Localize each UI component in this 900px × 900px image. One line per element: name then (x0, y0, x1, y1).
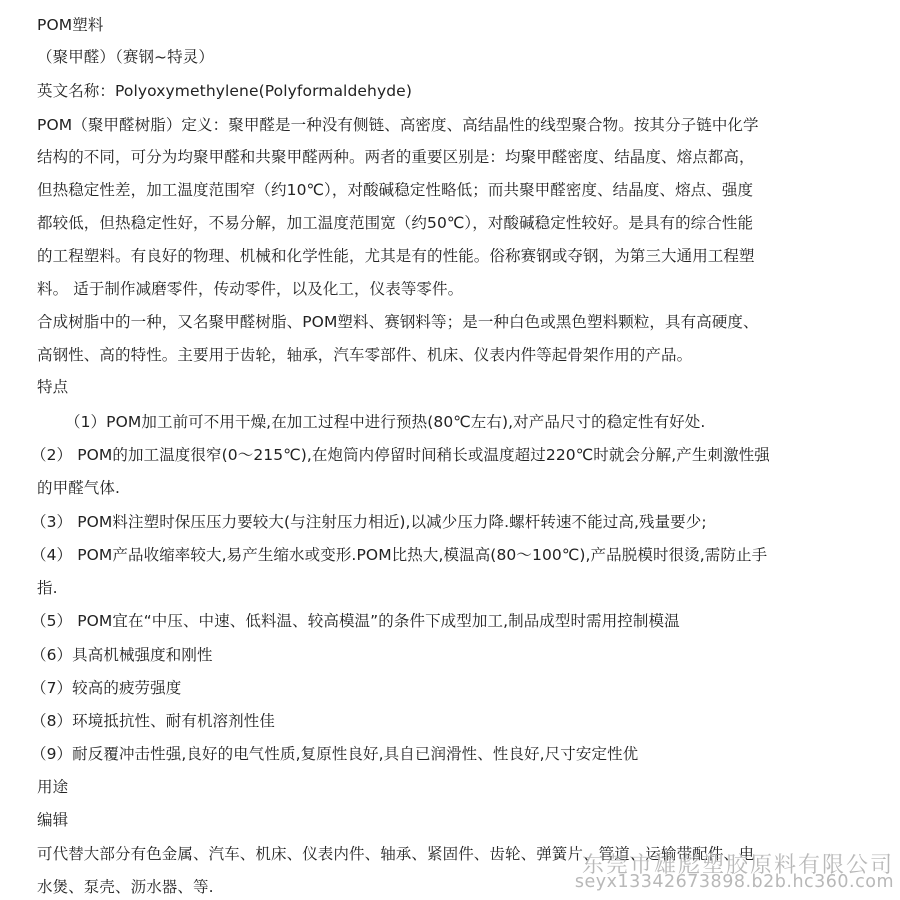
feature-item-5: （5） POM宜在“中压、中速、低料温、较高模温”的条件下成型加工,制品成型时需… (31, 610, 680, 632)
usage-heading: 用途 (37, 776, 68, 798)
definition-line: 但热稳定性差，加工温度范围窄（约10℃），对酸碱稳定性略低；而共聚甲醛密度、结晶… (37, 179, 753, 201)
definition-line: 料。 适于制作减磨零件，传动零件，以及化工，仪表等零件。 (37, 278, 463, 300)
doc-title: POM塑料 (37, 14, 103, 36)
feature-item-4: （4） POM产品收缩率较大,易产生缩水或变形.POM比热大,模温高(80～10… (31, 544, 767, 566)
doc-english-name: 英文名称：Polyoxymethylene(Polyformaldehyde) (37, 80, 412, 102)
definition-line: POM（聚甲醛树脂）定义：聚甲醛是一种没有侧链、高密度、高结晶性的线型聚合物。按… (37, 114, 759, 136)
feature-item-2: （2） POM的加工温度很窄(0～215℃),在炮筒内停留时间稍长或温度超过22… (31, 444, 770, 466)
feature-item-4-cont: 指. (37, 577, 58, 599)
feature-item-3: （3） POM料注塑时保压压力要较大(与注射压力相近),以减少压力降.螺杆转速不… (31, 511, 707, 533)
feature-item-6: （6）具高机械强度和刚性 (31, 644, 213, 666)
feature-item-2-cont: 的甲醛气体. (37, 477, 120, 499)
feature-item-1: （1）POM加工前可不用干燥,在加工过程中进行预热(80℃左右),对产品尺寸的稳… (65, 411, 705, 433)
synthesis-line: 高钢性、高的特性。主要用于齿轮，轴承，汽车零部件、机床、仪表内件等起骨架作用的产… (37, 344, 692, 366)
definition-line: 结构的不同，可分为均聚甲醛和共聚甲醛两种。两者的重要区别是：均聚甲醛密度、结晶度… (37, 146, 755, 168)
features-heading: 特点 (37, 376, 68, 398)
definition-line: 的工程塑料。有良好的物理、机械和化学性能，尤其是有的性能。俗称赛钢或夺钢，为第三… (37, 245, 755, 267)
synthesis-line: 合成树脂中的一种，又名聚甲醛树脂、POM塑料、赛钢料等；是一种白色或黑色塑料颗粒… (37, 311, 759, 333)
edit-link[interactable]: 编辑 (37, 809, 68, 831)
feature-item-9: （9）耐反覆冲击性强,良好的电气性质,复原性良好,具自已润滑性、性良好,尺寸安定… (31, 743, 638, 765)
feature-item-7: （7）较高的疲劳强度 (31, 677, 181, 699)
feature-item-8: （8）环境抵抗性、耐有机溶剂性佳 (31, 710, 275, 732)
definition-line: 都较低，但热稳定性好，不易分解，加工温度范围宽（约50℃），对酸碱稳定性较好。是… (37, 212, 753, 234)
doc-aliases: （聚甲醛）（赛钢~特灵） (37, 46, 214, 68)
usage-line: 水煲、泵壳、沥水器、等. (37, 876, 214, 898)
watermark-site: seyx13342673898.b2b.hc360.com (575, 872, 894, 892)
